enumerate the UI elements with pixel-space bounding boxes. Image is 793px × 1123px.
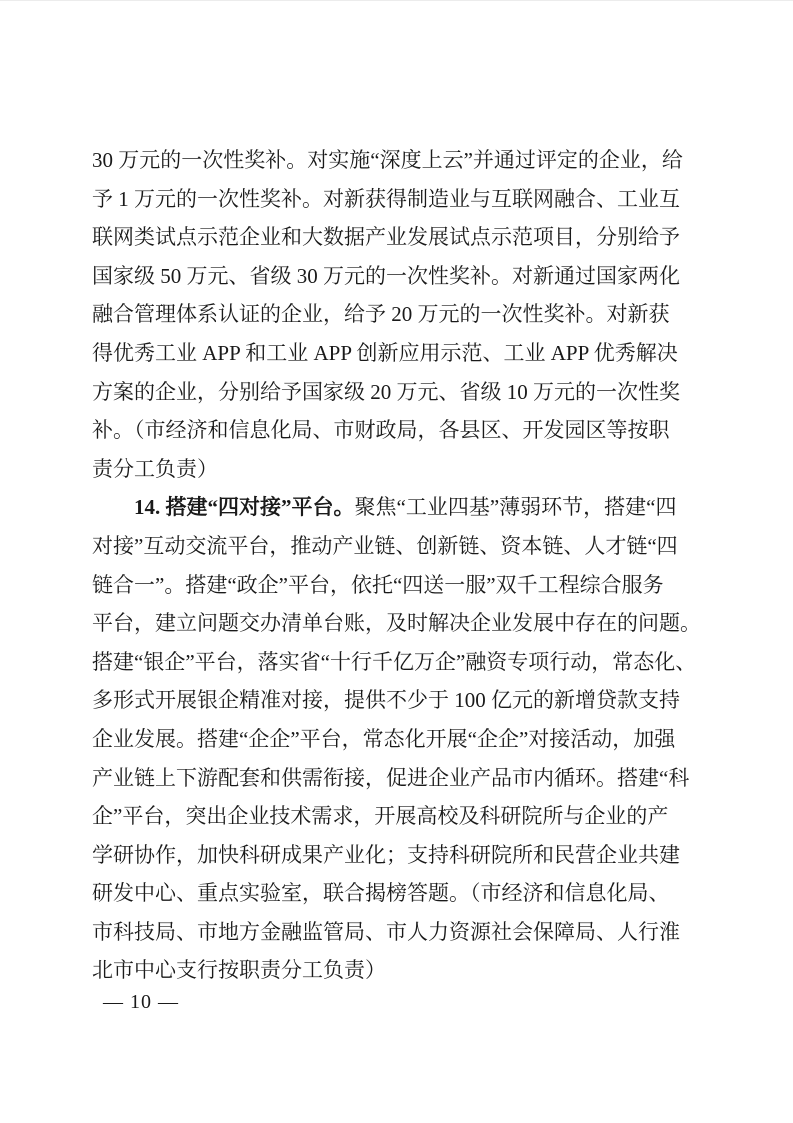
item-14-heading-continuation: 聚焦“工业四基”薄弱环节，搭建“四 — [355, 495, 677, 519]
text-line: 链合一”。搭建“政企”平台，依托“四送一服”双千工程综合服务 — [92, 566, 708, 605]
text-line: 30 万元的一次性奖补。对实施“深度上云”并通过评定的企业，给 — [92, 141, 708, 180]
text-line: 得优秀工业 APP 和工业 APP 创新应用示范、工业 APP 优秀解决 — [92, 334, 708, 373]
page-number: — 10 — — [103, 989, 179, 1015]
text-line: 多形式开展银企精准对接，提供不少于 100 亿元的新增贷款支持 — [92, 681, 708, 720]
paragraph-end-line: 北市中心支行按职责分工负责） — [92, 951, 708, 990]
text-line: 市科技局、市地方金融监管局、市人力资源社会保障局、人行淮 — [92, 913, 708, 952]
text-line: 对接”互动交流平台，推动产业链、创新链、资本链、人才链“四 — [92, 527, 708, 566]
text-line: 产业链上下游配套和供需衔接，促进企业产品市内循环。搭建“科 — [92, 759, 708, 798]
text-line: 国家级 50 万元、省级 30 万元的一次性奖补。对新通过国家两化 — [92, 257, 708, 296]
text-line: 予 1 万元的一次性奖补。对新获得制造业与互联网融合、工业互 — [92, 180, 708, 219]
text-line: 平台，建立问题交办清单台账，及时解决企业发展中存在的问题。 — [92, 604, 708, 643]
text-line: 企”平台，突出企业技术需求，开展高校及科研院所与企业的产 — [92, 797, 708, 836]
document-page: 30 万元的一次性奖补。对实施“深度上云”并通过评定的企业，给 予 1 万元的一… — [0, 0, 793, 1123]
text-line: 融合管理体系认证的企业，给予 20 万元的一次性奖补。对新获 — [92, 295, 708, 334]
paragraph-end-line: 责分工负责） — [92, 450, 708, 489]
text-line: 方案的企业，分别给予国家级 20 万元、省级 10 万元的一次性奖 — [92, 373, 708, 412]
text-line: 联网类试点示范企业和大数据产业发展试点示范项目，分别给予 — [92, 218, 708, 257]
document-text-block: 30 万元的一次性奖补。对实施“深度上云”并通过评定的企业，给 予 1 万元的一… — [92, 141, 708, 990]
item-14-heading: 14. 搭建“四对接”平台。 — [134, 495, 355, 519]
text-line: 企业发展。搭建“企企”平台，常态化开展“企企”对接活动，加强 — [92, 720, 708, 759]
text-line: 搭建“银企”平台，落实省“十行千亿万企”融资专项行动，常态化、 — [92, 643, 708, 682]
text-line: 研发中心、重点实验室，联合揭榜答题。（市经济和信息化局、 — [92, 874, 708, 913]
text-line: 补。（市经济和信息化局、市财政局，各县区、开发园区等按职 — [92, 411, 708, 450]
item-14-first-line: 14. 搭建“四对接”平台。聚焦“工业四基”薄弱环节，搭建“四 — [92, 488, 708, 527]
text-line: 学研协作，加快科研成果产业化；支持科研院所和民营企业共建 — [92, 836, 708, 875]
